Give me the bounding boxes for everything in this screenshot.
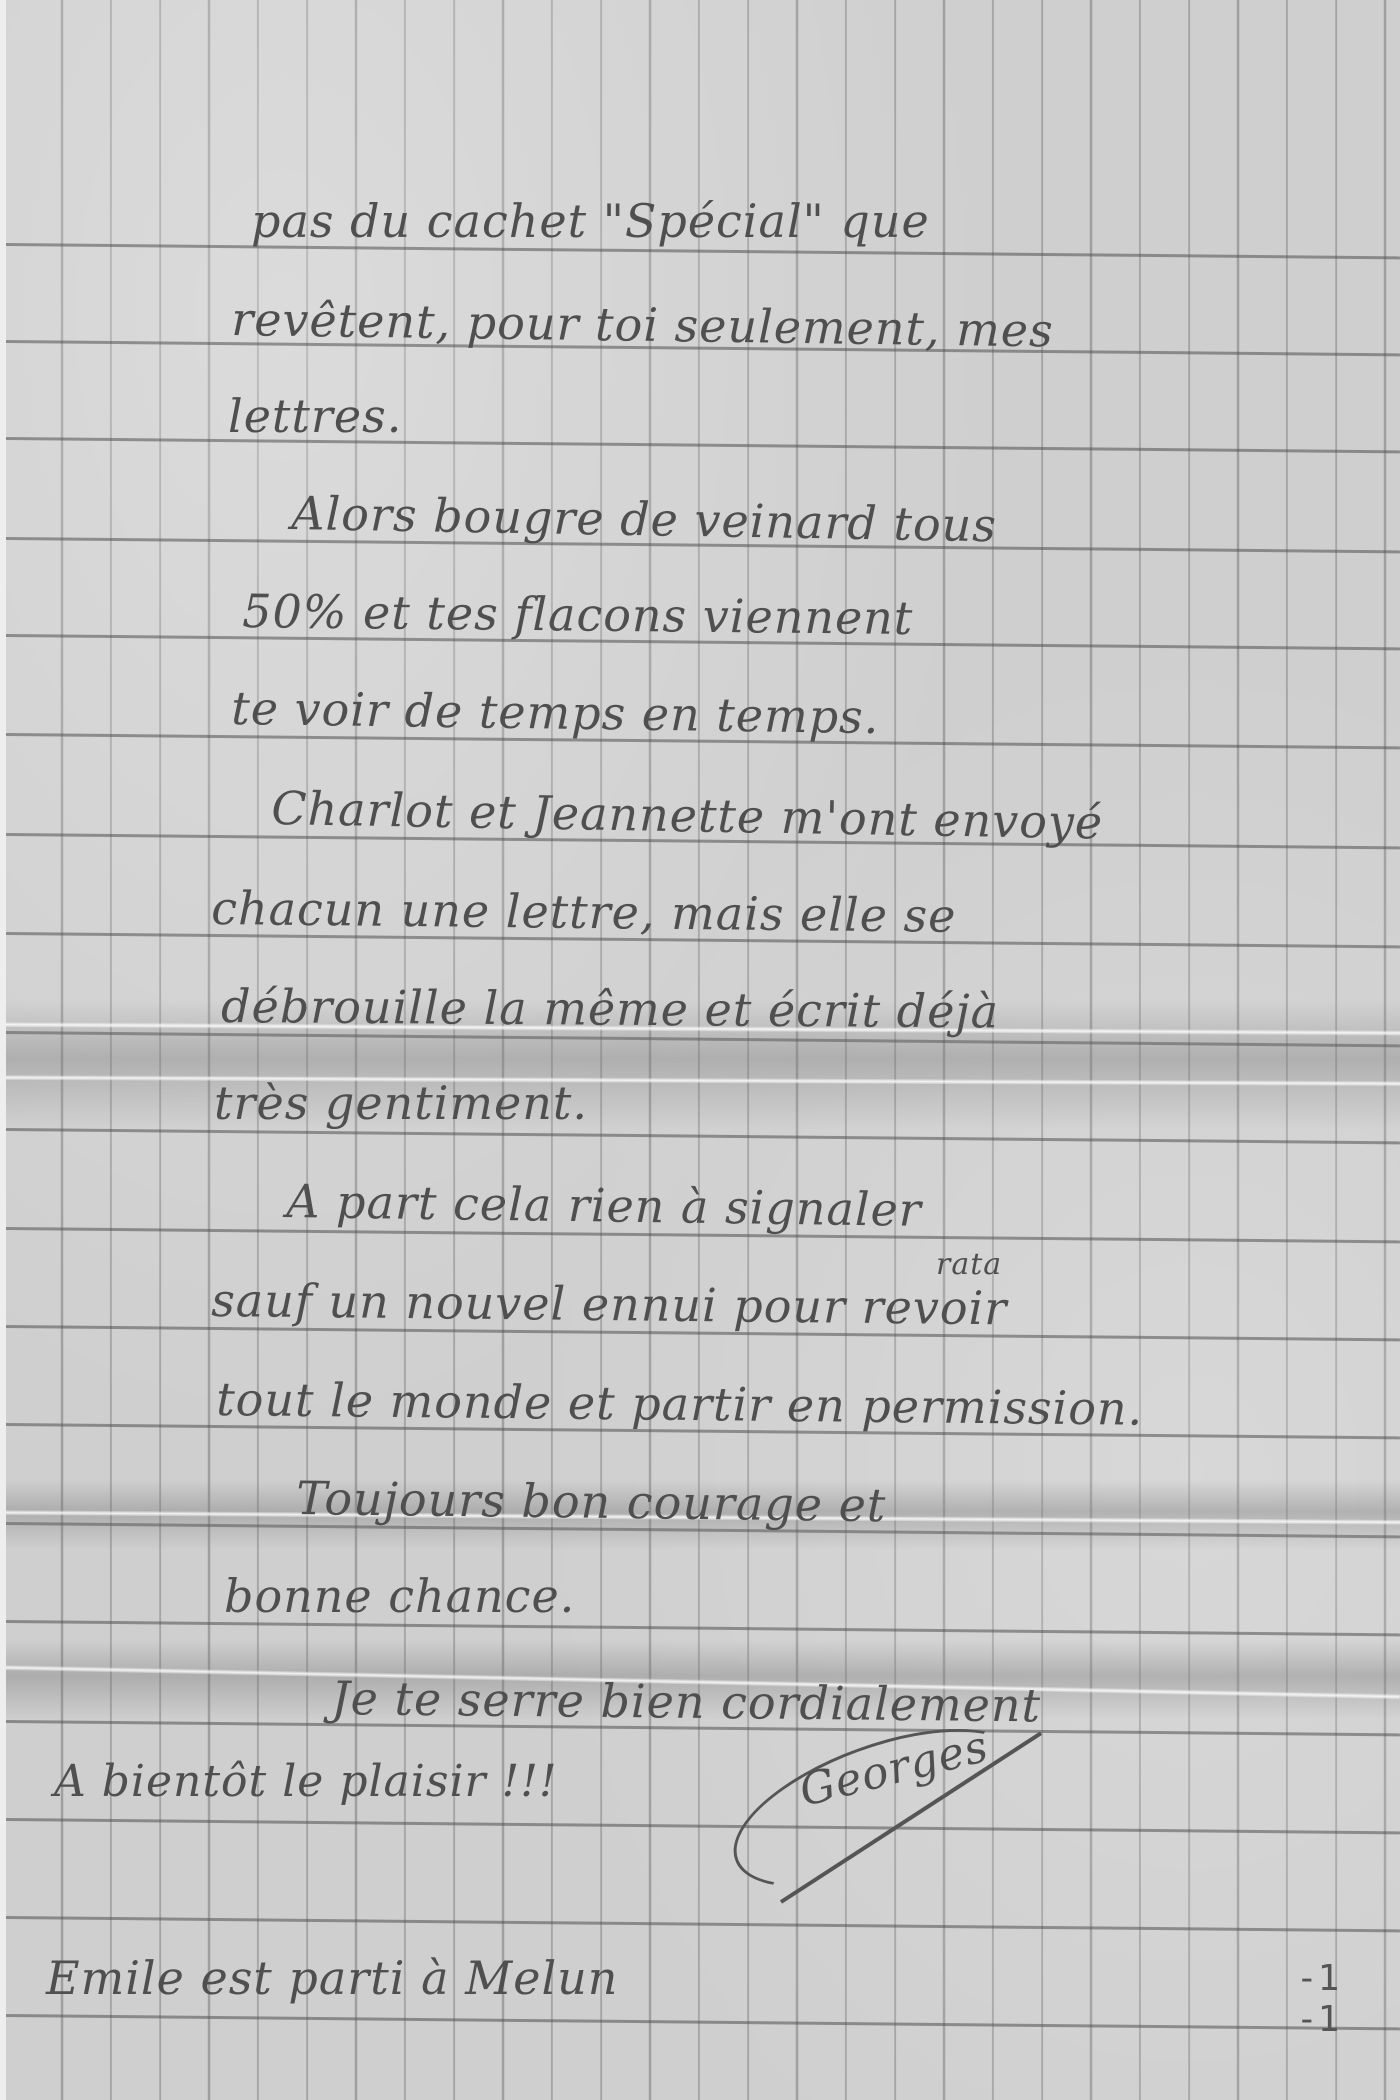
letter-line: Alors bougre de veinard tous <box>291 490 997 548</box>
letter-line: A part cela rien à signaler <box>286 1178 922 1233</box>
letter-line: Je te serre bien cordialement <box>331 1675 1041 1728</box>
letter-line: 50% et tes flacons viennent <box>242 588 914 641</box>
letter-line: bonne chance. <box>224 1573 575 1619</box>
letter-line: revêtent, pour toi seulement, mes <box>231 296 1054 353</box>
letter-line: te voir de temps en temps. <box>231 685 880 740</box>
ruled-line <box>6 2014 1400 2030</box>
letter-line: débrouille la même et écrit déjà <box>221 983 999 1034</box>
letter-line: Charlot et Jeannette m'ont envoyé <box>271 785 1104 846</box>
ruled-line <box>6 437 1400 453</box>
letter-line: chacun une lettre, mais elle se <box>211 885 957 939</box>
letter-line: pas du cachet "Spécial" que <box>251 198 930 244</box>
letter-line: sauf un nouvel ennui pour revoir <box>211 1277 1008 1331</box>
letter-line: Toujours bon courage et <box>296 1475 887 1528</box>
footnote: Emile est parti à Melun <box>46 1955 618 2001</box>
letter-line: lettres. <box>228 393 402 439</box>
letter-page: pas du cachet "Spécial" que revêtent, po… <box>6 0 1400 2100</box>
letter-line: tout le monde et partir en permission. <box>216 1376 1143 1432</box>
ruled-line <box>6 1916 1400 1932</box>
postscript: A bientôt le plaisir !!! <box>54 1760 558 1804</box>
ruled-line <box>6 1620 1400 1636</box>
ruled-line <box>6 1818 1400 1834</box>
insertion-note: rata <box>936 1250 1002 1280</box>
letter-line: très gentiment. <box>214 1080 588 1126</box>
corner-marks: -1 -1 <box>1296 1958 1400 2040</box>
ruled-line <box>6 1128 1400 1144</box>
